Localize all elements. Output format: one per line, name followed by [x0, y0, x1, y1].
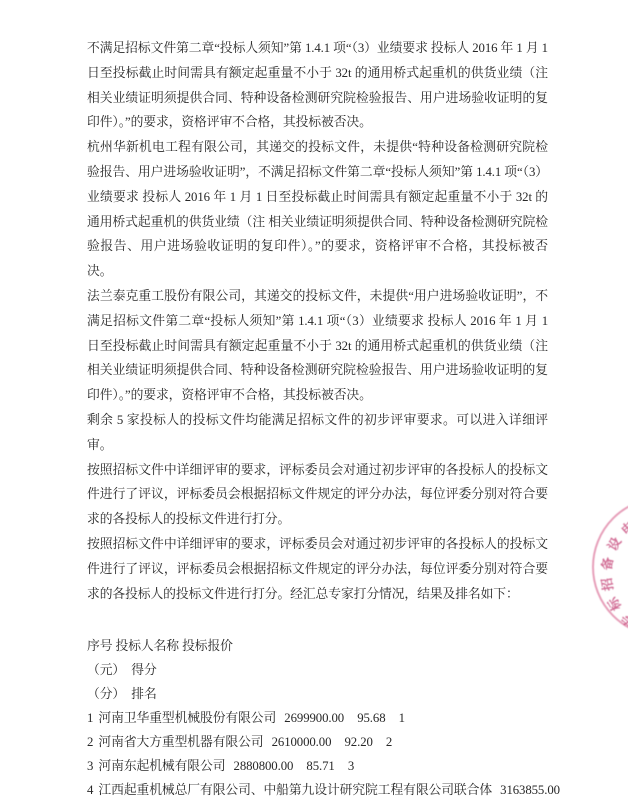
- ranking-section: 序号 投标人名称 投标报价 （元） 得分 （分） 排名 1 河南卫华重型机械股份…: [87, 634, 548, 802]
- seal-char: 标: [602, 594, 625, 615]
- ranking-row-bidder: 河南卫华重型机械股份有限公司: [98, 711, 276, 725]
- paragraph-rejection-1: 不满足招标文件第二章“投标人须知”第 1.4.1 项“（3）业绩要求 投标人 2…: [87, 36, 548, 135]
- ranking-row-seq: 1: [87, 711, 93, 725]
- ranking-row-rank: 3: [348, 759, 354, 773]
- ranking-row: 3 河南东起机械有限公司 2880800.00 85.71 3: [87, 754, 548, 778]
- ranking-row-seq: 4: [87, 783, 93, 797]
- ranking-row-seq: 3: [87, 759, 93, 773]
- ranking-row-score: 95.68: [357, 711, 385, 725]
- ranking-row-rank: 1: [399, 711, 405, 725]
- document-page: 不满足招标文件第二章“投标人须知”第 1.4.1 项“（3）业绩要求 投标人 2…: [0, 0, 628, 809]
- paragraph-remaining-bidders: 剩余 5 家投标人的投标文件均能满足招标文件的初步评审要求。可以进入详细评审。: [87, 408, 548, 458]
- paragraph-detailed-review: 按照招标文件中详细评审的要求，评标委员会对通过初步评审的各投标人的投标文件进行了…: [87, 458, 548, 532]
- document-body: 不满足招标文件第二章“投标人须知”第 1.4.1 项“（3）业绩要求 投标人 2…: [87, 36, 548, 802]
- seal-char: 电: [616, 516, 628, 539]
- ranking-row-score: 85.71: [306, 759, 334, 773]
- paragraph-detailed-review-result: 按照招标文件中详细评审的要求，评标委员会对通过初步评审的各投标人的投标文件进行了…: [87, 532, 548, 606]
- ranking-row-seq: 2: [87, 735, 93, 749]
- ranking-header-line-1: 序号 投标人名称 投标报价: [87, 634, 548, 658]
- red-seal-stamp: 机 电 设 备 招 标 专 用: [592, 497, 628, 637]
- ranking-row: 2 河南省大方重型机器有限公司 2610000.00 92.20 2: [87, 730, 548, 754]
- ranking-header-line-3: （分） 排名: [87, 682, 548, 706]
- ranking-row-bidder: 河南东起机械有限公司: [98, 759, 225, 773]
- seal-char: 专: [616, 609, 628, 632]
- ranking-row-price: 2610000.00: [272, 735, 332, 749]
- ranking-row-price: 2699900.00: [284, 711, 344, 725]
- ranking-row-bidder: 江西起重机械总厂有限公司、中船第九设计研究院工程有限公司联合体: [98, 783, 492, 797]
- ranking-row: 4 江西起重机械总厂有限公司、中船第九设计研究院工程有限公司联合体 316385…: [87, 778, 548, 802]
- paragraph-rejection-hangzhou-huaxin: 杭州华新机电工程有限公司，其递交的投标文件，未提供“特种设备检测研究院检验报告、…: [87, 135, 548, 284]
- seal-char: 备: [596, 555, 617, 571]
- ranking-row-rank: 2: [386, 735, 392, 749]
- ranking-row-score: 92.20: [345, 735, 373, 749]
- ranking-row-price: 2880800.00: [234, 759, 294, 773]
- ranking-header-line-2: （元） 得分: [87, 658, 548, 682]
- ranking-row-bidder: 河南省大方重型机器有限公司: [98, 735, 263, 749]
- seal-char: 招: [596, 576, 617, 592]
- paragraph-rejection-falantaike: 法兰泰克重工股份有限公司，其递交的投标文件，未提供“用户进场验收证明”，不满足招…: [87, 284, 548, 408]
- ranking-row-price: 3163855.00: [500, 783, 560, 797]
- seal-ring-icon: [592, 497, 628, 637]
- ranking-row: 1 河南卫华重型机械股份有限公司 2699900.00 95.68 1: [87, 706, 548, 730]
- seal-char: 设: [602, 533, 625, 554]
